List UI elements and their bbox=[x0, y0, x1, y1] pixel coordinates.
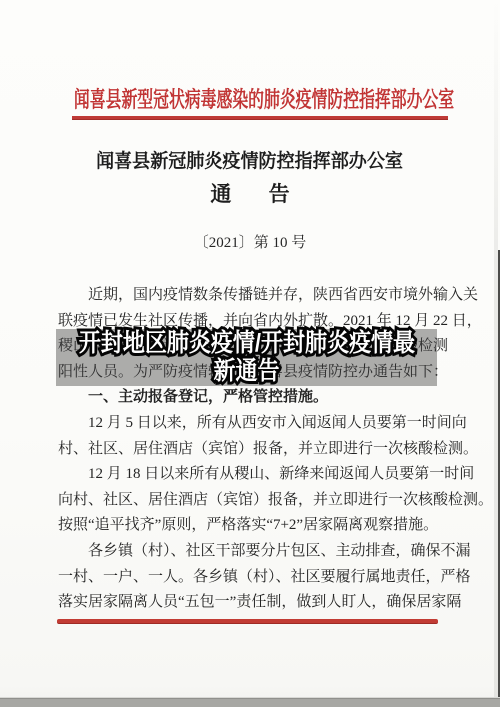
watermark-title-fill: 新通告 bbox=[213, 357, 279, 385]
body-line: 近期，国内疫情数条传播链并存，陕西省西安市境外输入关 bbox=[58, 283, 442, 309]
red-header-title-text: 闻喜县新型冠状病毒感染的肺炎疫情防控指挥部办公室 bbox=[74, 83, 454, 114]
body-line: 村、社区、居住酒店（宾馆）报备，并立即进行一次核酸检测。 bbox=[58, 437, 442, 463]
body-line: 向村、社区、居住酒店（宾馆）报备，并立即进行一次核酸检测。 bbox=[58, 488, 442, 514]
photo-bottom-gray-strip bbox=[0, 698, 500, 707]
doc-number: 〔2021〕第 10 号 bbox=[0, 231, 500, 252]
org-title: 闻喜县新冠肺炎疫情防控指挥部办公室 bbox=[0, 146, 500, 173]
body-line: 各乡镇（村）、社区干部要分片包区、主动排查，确保不漏 bbox=[58, 539, 442, 565]
notice-title: 通 告 bbox=[0, 178, 500, 208]
red-header-title: 闻喜县新型冠状病毒感染的肺炎疫情防控指挥部办公室 bbox=[0, 83, 500, 114]
body-line: 一村、一户、一人。各乡镇（村）、社区要履行属地责任，严格 bbox=[58, 565, 442, 591]
watermark-title-line1: 开封地区肺炎疫情/开封肺炎疫情最 开封地区肺炎疫情/开封肺炎疫情最 bbox=[79, 329, 414, 357]
body-line: 按照“追平找齐”原则，严格落实“7+2”居家隔离观察措施。 bbox=[58, 513, 442, 539]
red-header-underline bbox=[72, 116, 448, 120]
body-line: 落实居家隔离人员“五包一”责任制，做到人盯人，确保居家隔 bbox=[58, 590, 442, 616]
watermark-title-band: 开封地区肺炎疫情/开封肺炎疫情最 开封地区肺炎疫情/开封肺炎疫情最 新通告 新通… bbox=[56, 329, 437, 386]
org-title-text: 闻喜县新冠肺炎疫情防控指挥部办公室 bbox=[97, 146, 404, 173]
body-line: 12 月 5 日以来，所有从西安市入闻返闻人员要第一时间向 bbox=[58, 411, 442, 437]
body-line-section-heading: 一、主动报备登记，严格管控措施。 bbox=[58, 385, 442, 411]
red-emphasis-underline bbox=[57, 619, 438, 624]
watermark-title-line2: 新通告 新通告 bbox=[79, 357, 414, 385]
document-photo: 闻喜县新型冠状病毒感染的肺炎疫情防控指挥部办公室 闻喜县新冠肺炎疫情防控指挥部办… bbox=[0, 0, 500, 707]
body-line: 12 月 18 日以来所有从稷山、新绛来闻返闻人员要第一时间 bbox=[58, 462, 442, 488]
watermark-title-fill: 开封地区肺炎疫情/开封肺炎疫情最 bbox=[79, 329, 415, 357]
